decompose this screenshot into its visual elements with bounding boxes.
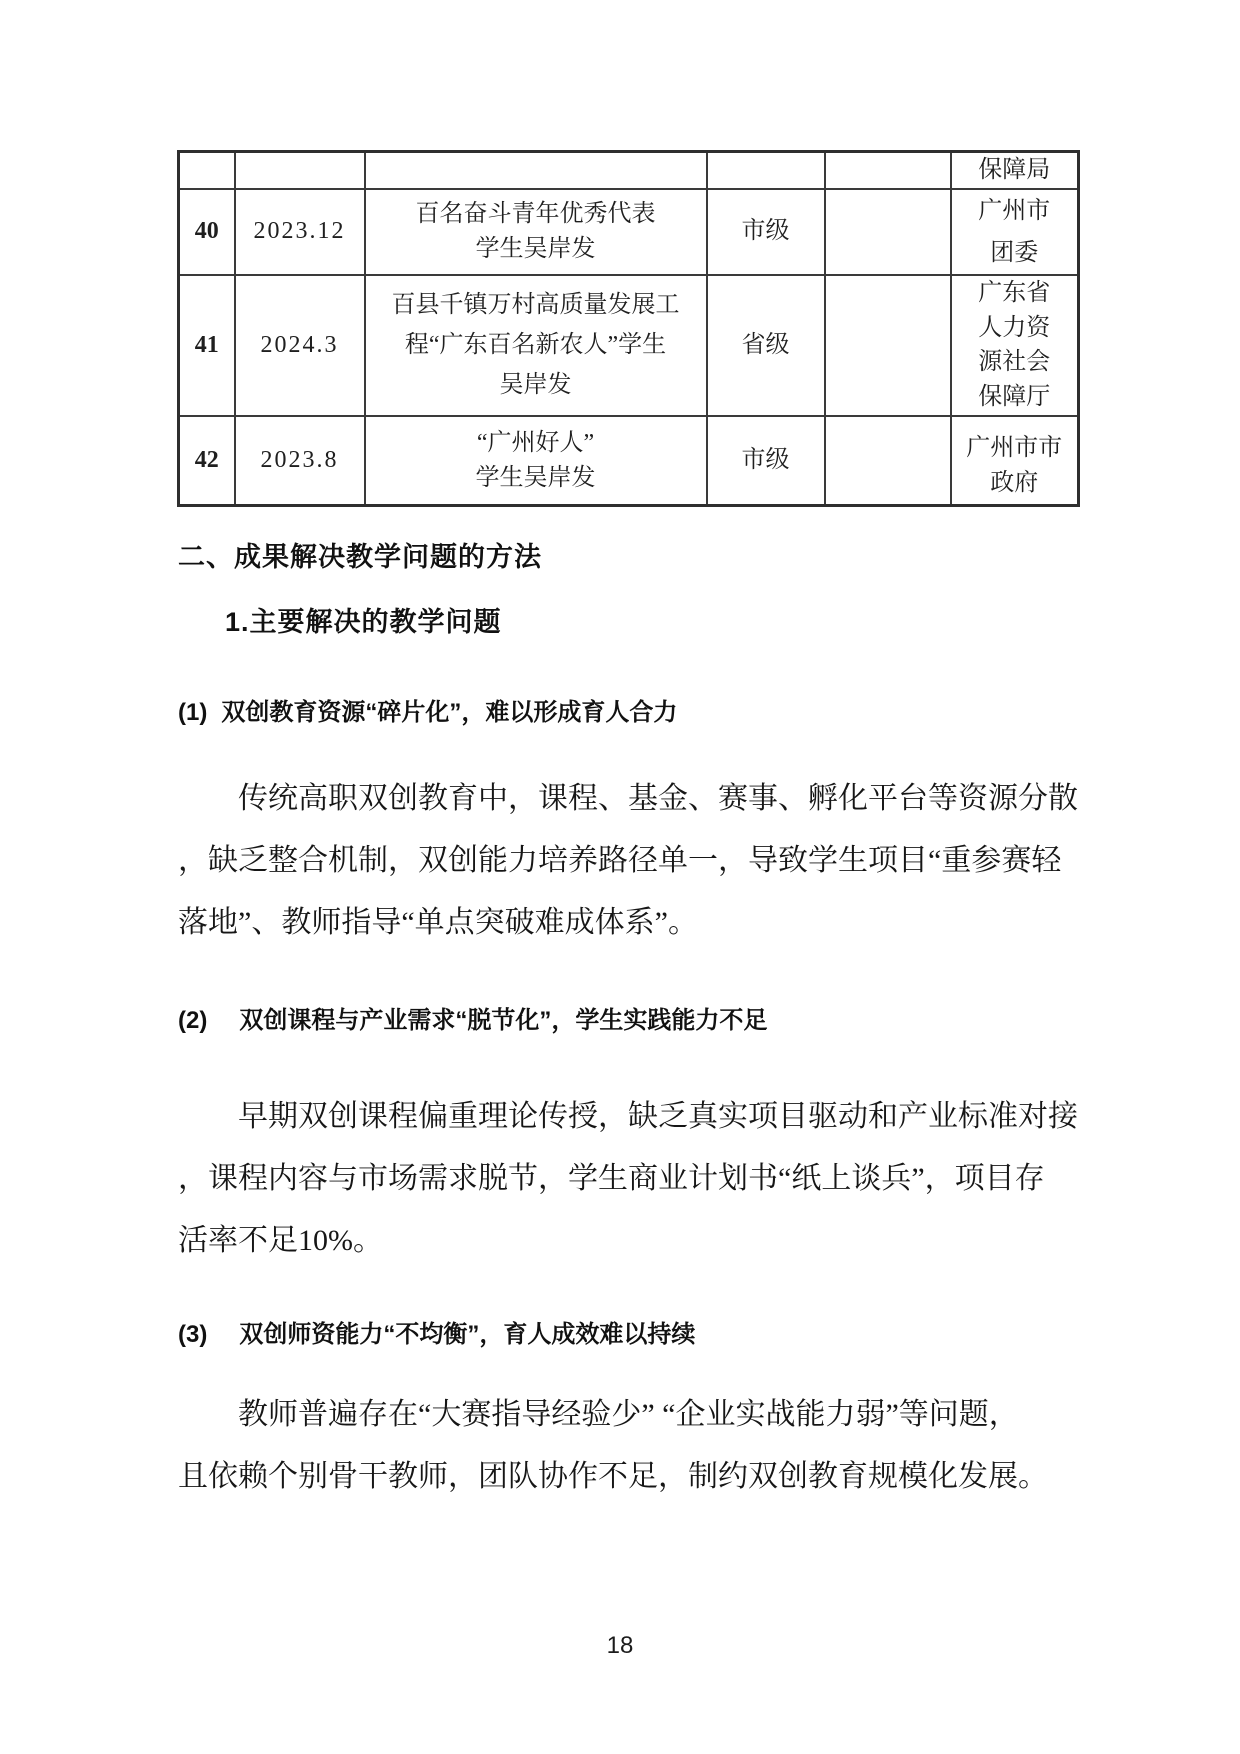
problem-3-marker: (3) bbox=[178, 1321, 207, 1349]
cell-partial-extra bbox=[825, 152, 951, 189]
table-row-40: 40 2023.12 百名奋斗青年优秀代表 学生吴岸发 市级 广州市 团委 bbox=[179, 189, 1079, 275]
problem-2-marker: (2) bbox=[178, 1007, 207, 1035]
document-page: 保障局 40 2023.12 百名奋斗青年优秀代表 学生吴岸发 市级 广州市 团… bbox=[0, 0, 1240, 1754]
problem-2-title-text: 双创课程与产业需求“脱节化”，学生实践能力不足 bbox=[239, 1007, 767, 1034]
table-row-41: 41 2024.3 百县千镇万村高质量发展工 程“广东百名新农人”学生 吴岸发 … bbox=[179, 275, 1079, 416]
cell-40-name: 百名奋斗青年优秀代表 学生吴岸发 bbox=[365, 189, 707, 275]
cell-41-name: 百县千镇万村高质量发展工 程“广东百名新农人”学生 吴岸发 bbox=[365, 275, 707, 416]
problem-2-body: 早期双创课程偏重理论传授，缺乏真实项目驱动和产业标准对接 ，课程内容与市场需求脱… bbox=[178, 1086, 1188, 1272]
problem-2-title: (2)双创课程与产业需求“脱节化”，学生实践能力不足 bbox=[178, 1000, 767, 1035]
page-number: 18 bbox=[0, 1632, 1240, 1660]
awards-table: 保障局 40 2023.12 百名奋斗青年优秀代表 学生吴岸发 市级 广州市 团… bbox=[177, 150, 1080, 507]
cell-42-org: 广州市市 政府 bbox=[951, 416, 1079, 506]
cell-41-org: 广东省 人力资 源社会 保障厅 bbox=[951, 275, 1079, 416]
problem-1-marker: (1) bbox=[178, 699, 207, 727]
table-row-42: 42 2023.8 “广州好人” 学生吴岸发 市级 广州市市 政府 bbox=[179, 416, 1079, 506]
cell-42-name: “广州好人” 学生吴岸发 bbox=[365, 416, 707, 506]
table-row-partial: 保障局 bbox=[179, 152, 1079, 189]
cell-partial-level bbox=[707, 152, 825, 189]
problem-3-title: (3)双创师资能力“不均衡”，育人成效难以持续 bbox=[178, 1314, 695, 1349]
cell-42-date: 2023.8 bbox=[235, 416, 365, 506]
cell-40-extra bbox=[825, 189, 951, 275]
cell-partial-org: 保障局 bbox=[951, 152, 1079, 189]
cell-41-extra bbox=[825, 275, 951, 416]
cell-41-level: 省级 bbox=[707, 275, 825, 416]
cell-40-org: 广州市 团委 bbox=[951, 189, 1079, 275]
cell-partial-num bbox=[179, 152, 235, 189]
cell-partial-date bbox=[235, 152, 365, 189]
problem-1-title-text: 双创教育资源“碎片化”，难以形成育人合力 bbox=[221, 699, 677, 726]
problem-3-title-text: 双创师资能力“不均衡”，育人成效难以持续 bbox=[239, 1321, 695, 1348]
cell-40-level: 市级 bbox=[707, 189, 825, 275]
cell-40-date: 2023.12 bbox=[235, 189, 365, 275]
cell-41-date: 2024.3 bbox=[235, 275, 365, 416]
section-heading: 二、成果解决教学问题的方法 bbox=[178, 535, 542, 574]
problem-1-body: 传统高职双创教育中，课程、基金、赛事、孵化平台等资源分散 ，缺乏整合机制，双创能… bbox=[178, 768, 1188, 954]
cell-41-num: 41 bbox=[179, 275, 235, 416]
sub-heading: 1.主要解决的教学问题 bbox=[225, 600, 502, 639]
cell-40-num: 40 bbox=[179, 189, 235, 275]
cell-42-extra bbox=[825, 416, 951, 506]
cell-partial-name bbox=[365, 152, 707, 189]
problem-1-title: (1)双创教育资源“碎片化”，难以形成育人合力 bbox=[178, 692, 677, 727]
cell-42-num: 42 bbox=[179, 416, 235, 506]
cell-42-level: 市级 bbox=[707, 416, 825, 506]
problem-3-body: 教师普遍存在“大赛指导经验少” “企业实战能力弱”等问题， 且依赖个别骨干教师，… bbox=[178, 1384, 1188, 1508]
